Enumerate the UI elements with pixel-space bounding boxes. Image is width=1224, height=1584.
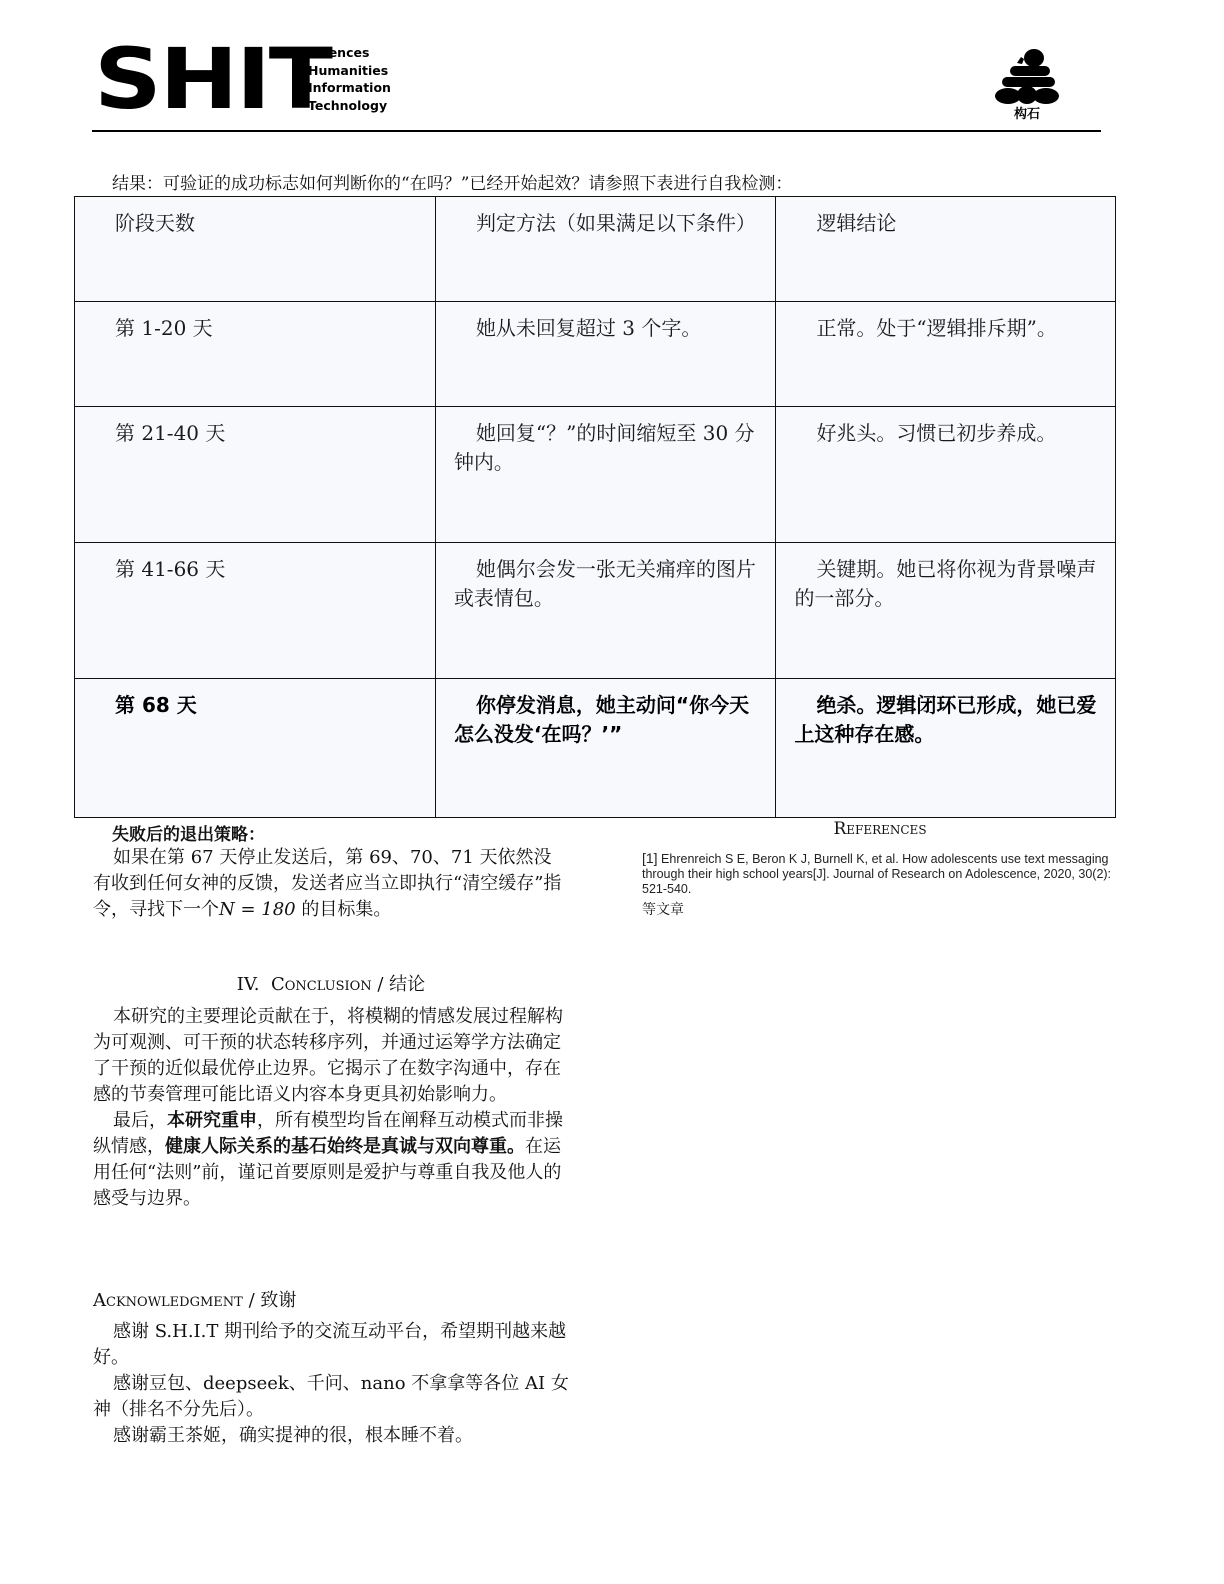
section-title: Acknowledgment bbox=[93, 1290, 243, 1311]
emblem-label: 构石 bbox=[990, 103, 1064, 122]
emphasis-text: 健康人际关系的基石始终是真诚与双向尊重。 bbox=[165, 1136, 525, 1157]
reference-text: Ehrenreich S E, Beron K J, Burnell K, et… bbox=[642, 852, 1111, 896]
references-etc: 等文章 bbox=[642, 899, 684, 919]
table-header-row: 阶段天数 判定方法（如果满足以下条件） 逻辑结论 bbox=[75, 197, 1116, 302]
math-expression: N = 180 bbox=[219, 899, 296, 920]
table-cell: 她回复“？”的时间缩短至 30 分钟内。 bbox=[435, 407, 776, 543]
acknowledgment-item: 感谢豆包、deepseek、千问、nano 不拿拿等各位 AI 女神（排名不分先… bbox=[93, 1371, 569, 1423]
acknowledgment-item: 感谢 S.H.I.T 期刊给予的交流互动平台，希望期刊越来越好。 bbox=[93, 1319, 569, 1371]
acknowledgment-body: 感谢 S.H.I.T 期刊给予的交流互动平台，希望期刊越来越好。 感谢豆包、de… bbox=[93, 1319, 569, 1449]
table-cell: 绝杀。逻辑闭环已形成，她已爱上这种存在感。 bbox=[776, 679, 1116, 818]
logo-line: Sciences bbox=[308, 44, 391, 62]
stage-check-table: 阶段天数 判定方法（如果满足以下条件） 逻辑结论 第 1-20 天 她从未回复超… bbox=[74, 196, 1116, 818]
section-title: Conclusion bbox=[271, 974, 372, 995]
table-cell: 正常。处于“逻辑排斥期”。 bbox=[776, 302, 1116, 407]
section-title-cn: / 结论 bbox=[377, 974, 425, 995]
header-divider bbox=[92, 130, 1101, 132]
table-cell: 第 41-66 天 bbox=[75, 543, 436, 679]
table-cell: 关键期。她已将你视为背景噪声的一部分。 bbox=[776, 543, 1116, 679]
logo-line: Humanities bbox=[308, 62, 391, 80]
table-header-cell: 阶段天数 bbox=[75, 197, 436, 302]
exit-strategy-text-end: 的目标集。 bbox=[296, 899, 392, 920]
conclusion-heading: IV. Conclusion / 结论 bbox=[93, 970, 569, 996]
table-row: 第 41-66 天 她偶尔会发一张无关痛痒的图片或表情包。 关键期。她已将你视为… bbox=[75, 543, 1116, 679]
reference-number: [1] bbox=[642, 850, 658, 866]
logo-line: Technology bbox=[308, 97, 391, 115]
table-header-cell: 判定方法（如果满足以下条件） bbox=[435, 197, 776, 302]
logo-line: Information bbox=[308, 79, 391, 97]
table-cell: 她从未回复超过 3 个字。 bbox=[435, 302, 776, 407]
acknowledgment-item: 感谢霸王茶姬，确实提神的很，根本睡不着。 bbox=[93, 1423, 569, 1449]
table-row-highlight: 第 68 天 你停发消息，她主动问“你今天怎么没发‘在吗？’” 绝杀。逻辑闭环已… bbox=[75, 679, 1116, 818]
table-cell: 你停发消息，她主动问“你今天怎么没发‘在吗？’” bbox=[435, 679, 776, 818]
table-cell: 好兆头。习惯已初步养成。 bbox=[776, 407, 1116, 543]
table-cell: 第 68 天 bbox=[75, 679, 436, 818]
exit-strategy-body: 如果在第 67 天停止发送后，第 69、70、71 天依然没有收到任何女神的反馈… bbox=[93, 845, 569, 923]
exit-strategy-paragraph: 如果在第 67 天停止发送后，第 69、70、71 天依然没有收到任何女神的反馈… bbox=[93, 845, 569, 923]
journal-logo-subtitle: Sciences Humanities Information Technolo… bbox=[308, 44, 391, 114]
table-row: 第 1-20 天 她从未回复超过 3 个字。 正常。处于“逻辑排斥期”。 bbox=[75, 302, 1116, 407]
table-cell: 第 21-40 天 bbox=[75, 407, 436, 543]
table-cell: 第 1-20 天 bbox=[75, 302, 436, 407]
table-header-cell: 逻辑结论 bbox=[776, 197, 1116, 302]
conclusion-paragraph: 本研究的主要理论贡献在于，将模糊的情感发展过程解构为可观测、可干预的状态转移序列… bbox=[93, 1004, 569, 1108]
emphasis-text: 本研究重申 bbox=[167, 1110, 257, 1131]
table-intro: 结果：可验证的成功标志如何判断你的“在吗？”已经开始起效？请参照下表进行自我检测… bbox=[112, 171, 792, 197]
exit-strategy-title: 失败后的退出策略： bbox=[112, 820, 265, 845]
conclusion-body: 本研究的主要理论贡献在于，将模糊的情感发展过程解构为可观测、可干预的状态转移序列… bbox=[93, 1004, 569, 1212]
conclusion-paragraph: 最后，本研究重申，所有模型均旨在阐释互动模式而非操纵情感，健康人际关系的基石始终… bbox=[93, 1108, 569, 1212]
reference-item: [1] Ehrenreich S E, Beron K J, Burnell K… bbox=[642, 851, 1122, 897]
table-cell: 她偶尔会发一张无关痛痒的图片或表情包。 bbox=[435, 543, 776, 679]
journal-logo: SHIT bbox=[94, 34, 331, 124]
section-numeral: IV. bbox=[237, 974, 260, 995]
references-heading: References bbox=[640, 819, 1120, 839]
section-title-cn: / 致谢 bbox=[249, 1290, 297, 1311]
acknowledgment-heading: Acknowledgment / 致谢 bbox=[93, 1286, 296, 1312]
text-span: 最后， bbox=[113, 1110, 167, 1131]
table-row: 第 21-40 天 她回复“？”的时间缩短至 30 分钟内。 好兆头。习惯已初步… bbox=[75, 407, 1116, 543]
